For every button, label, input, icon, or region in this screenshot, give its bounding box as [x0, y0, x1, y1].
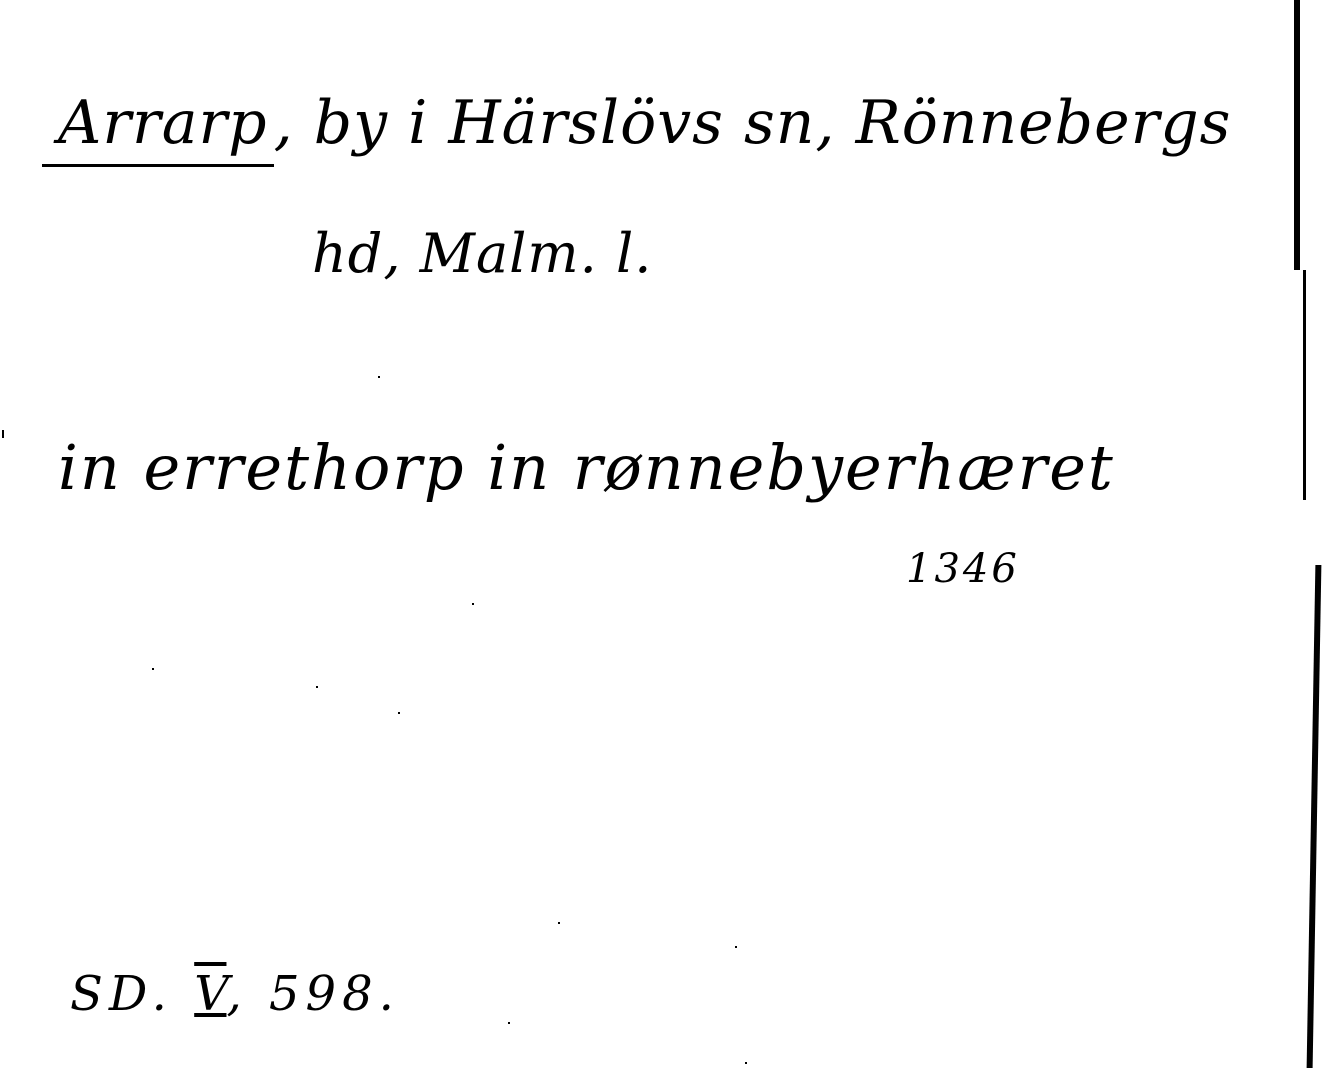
card-edge-line [1294, 0, 1300, 270]
index-card: Arrarp, by i Härslövs sn, Rönnebergs hd,… [0, 0, 1332, 1068]
historical-attestation: in errethorp in rønnebyerhæret [58, 430, 1115, 506]
scan-speck [508, 1022, 510, 1024]
source-reference: SD. V, 598. [70, 965, 400, 1023]
attestation-year: 1346 [906, 545, 1020, 593]
scan-speck [316, 686, 318, 688]
source-volume: V [194, 966, 226, 1022]
headword-name: Arrarp [42, 88, 274, 167]
headword-description: , by i Härslövs sn, Rönnebergs [274, 88, 1232, 158]
scan-speck [378, 376, 380, 378]
scan-speck [152, 668, 154, 670]
headword-line: Arrarp, by i Härslövs sn, Rönnebergs [58, 88, 1231, 167]
scan-speck [745, 1062, 747, 1064]
source-page: , 598. [226, 966, 399, 1022]
scan-speck [558, 922, 560, 924]
card-edge-line [1307, 565, 1322, 1068]
scan-speck [2, 430, 4, 438]
district-line: hd, Malm. l. [312, 222, 652, 286]
card-edge-line [1303, 270, 1306, 500]
source-prefix: SD. [70, 966, 173, 1022]
scan-speck [735, 946, 737, 948]
scan-speck [398, 712, 400, 714]
scan-speck [472, 603, 474, 605]
